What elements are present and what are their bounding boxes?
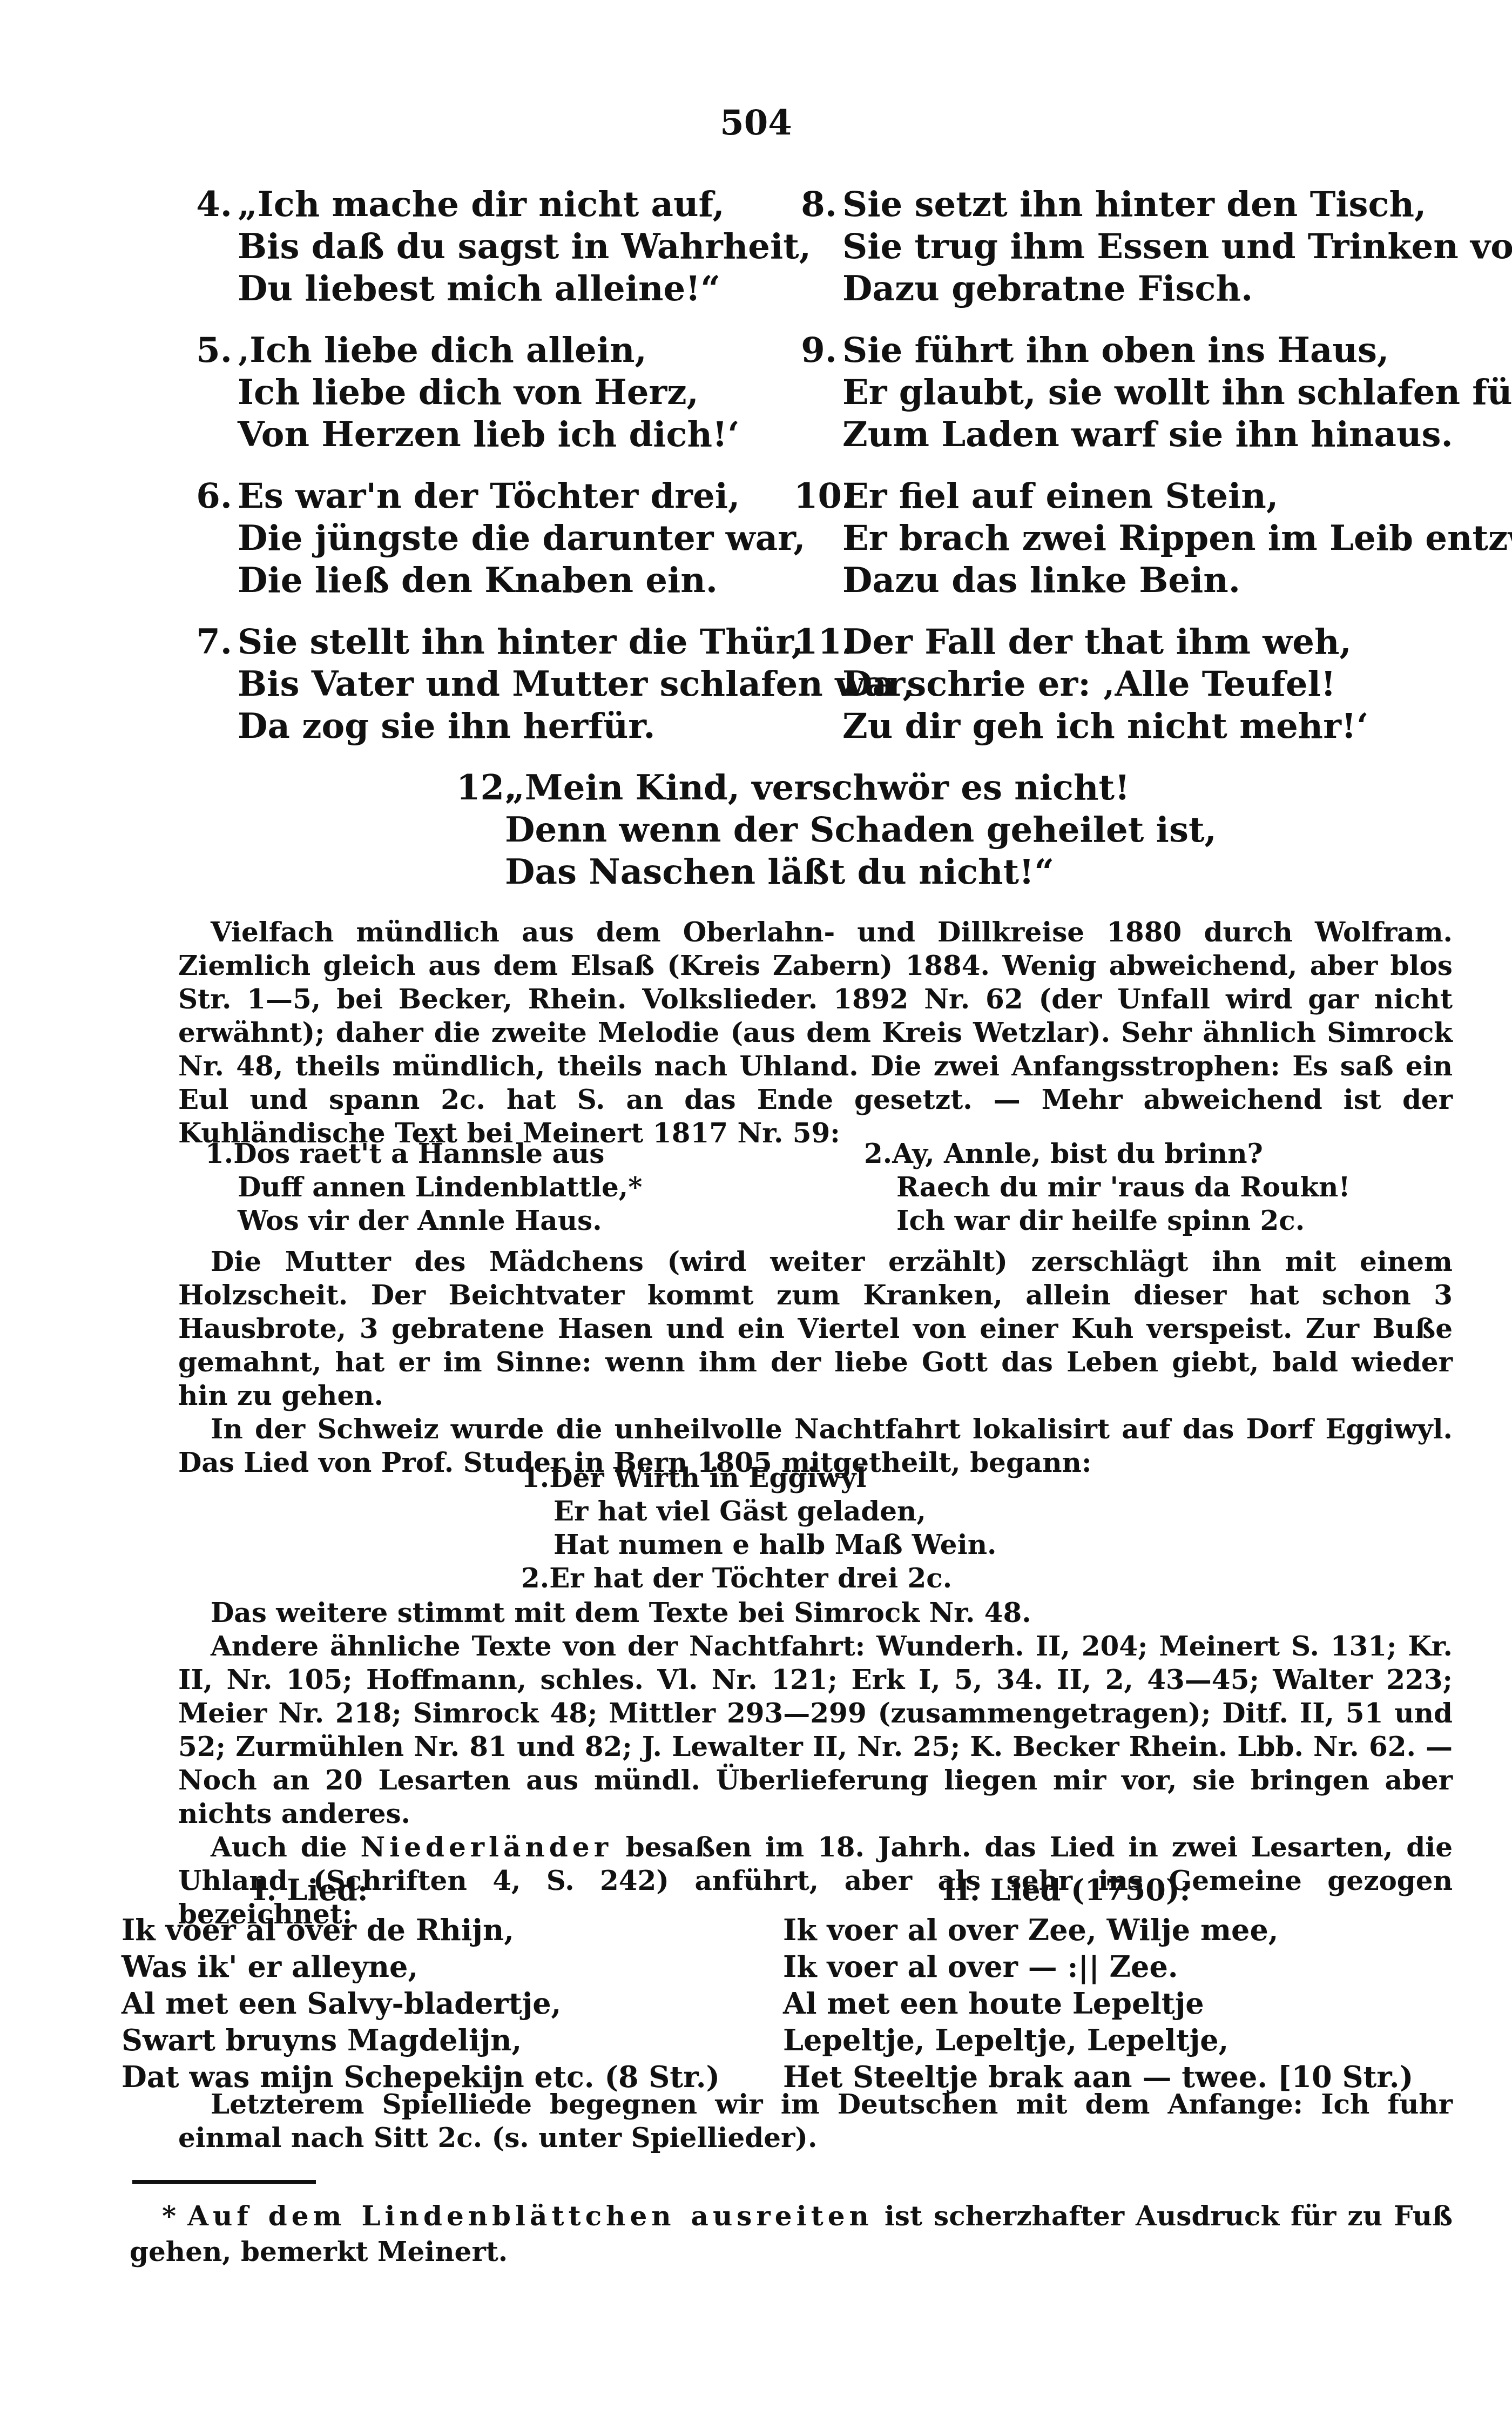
commentary-sources: Vielfach mündlich aus dem Oberlahn- und …: [178, 916, 1453, 1150]
verse-line: Ik voer al over de Rhijn,: [122, 1912, 769, 1948]
verse-line: Er fiel auf einen Stein,: [842, 475, 1512, 517]
dutch-song-1: I. Lied: Ik voer al over de Rhijn, Was i…: [122, 1872, 769, 2095]
verse-line: Hat numen e halb Maß Wein.: [553, 1528, 996, 1562]
verse-line: 2.Er hat der Töchter drei 2c.: [521, 1562, 996, 1595]
footnote-divider: [132, 2180, 316, 2184]
stanza-number: 9.: [794, 329, 837, 372]
stanza-4: 4. „Ich mache dir nicht auf, Bis daß du …: [238, 184, 811, 310]
kuhlaendisch-verse-left: 1.Dos raet't a Hannsle aus Duff annen Li…: [238, 1137, 642, 1237]
verse-line: Sie trug ihm Essen und Trinken vor,: [842, 226, 1512, 268]
verse-line: Von Herzen lieb ich dich!‘: [238, 414, 739, 456]
verse-line: Du liebest mich alleine!“: [238, 268, 811, 310]
verse-line: Die ließ den Knaben ein.: [238, 560, 806, 602]
verse-line: Ik voer al over Zee, Wilje mee,: [783, 1912, 1458, 1948]
verse-line: Swart bruyns Magdelijn,: [122, 2022, 769, 2058]
verse-line: Ik voer al over — :|| Zee.: [783, 1948, 1458, 1985]
verse-line: 1.Der Wirth in Eggiwyl: [521, 1461, 996, 1495]
footnote: * Auf dem Lindenblättchen ausreiten ist …: [130, 2198, 1453, 2270]
verse-line: „Mein Kind, verschwör es nicht!: [505, 767, 1217, 809]
stanza-9: 9. Sie führt ihn oben ins Haus, Er glaub…: [842, 329, 1512, 456]
stanza-number: 7.: [189, 621, 232, 663]
verse-line: Wos vir der Annle Haus.: [238, 1204, 642, 1237]
verse-line: Was ik' er alleyne,: [122, 1948, 769, 1985]
kuhlaendisch-verse-right: 2.Ay, Annle, bist du brinn? Raech du mir…: [896, 1137, 1350, 1237]
verse-line: Sie setzt ihn hinter den Tisch,: [842, 184, 1512, 226]
verse-line: Al met een Salvy-bladertje,: [122, 1985, 769, 2022]
verse-line: Dazu gebratne Fisch.: [842, 268, 1512, 310]
verse-line: Sie führt ihn oben ins Haus,: [842, 329, 1512, 372]
verse-line: Dazu das linke Bein.: [842, 560, 1512, 602]
commentary-story: Die Mutter des Mädchens (wird weiter erz…: [178, 1245, 1453, 1479]
verse-line: Da zog sie ihn herfür.: [238, 705, 915, 748]
verse-line: 1.Dos raet't a Hannsle aus: [205, 1137, 642, 1170]
verse-line: Ich war dir heilfe spinn 2c.: [896, 1204, 1350, 1237]
verse-line: Bis daß du sagst in Wahrheit,: [238, 226, 811, 268]
swiss-verse: 1.Der Wirth in Eggiwyl Er hat viel Gäst …: [553, 1461, 996, 1595]
stanza-number: 10.: [794, 475, 837, 517]
verse-line: Es war'n der Töchter drei,: [238, 475, 806, 517]
stanza-11: 11. Der Fall der that ihm weh, Da schrie…: [842, 621, 1368, 748]
footnote-text: * Auf dem Lindenblättchen ausreiten ist …: [130, 2198, 1453, 2270]
stanza-12: 12. „Mein Kind, verschwör es nicht! Denn…: [505, 767, 1217, 893]
verse-line: ‚Ich liebe dich allein,: [238, 329, 739, 372]
verse-line: Das Naschen läßt du nicht!“: [505, 851, 1217, 893]
verse-line: Zu dir geh ich nicht mehr!‘: [842, 705, 1368, 748]
page-number: 504: [0, 103, 1512, 143]
stanza-6: 6. Es war'n der Töchter drei, Die jüngst…: [238, 475, 806, 602]
verse-line: Duff annen Lindenblattle,*: [238, 1170, 642, 1204]
verse-line: Denn wenn der Schaden geheilet ist,: [505, 809, 1217, 851]
stanza-10: 10. Er fiel auf einen Stein, Er brach zw…: [842, 475, 1512, 602]
stanza-number: 6.: [189, 475, 232, 517]
verse-line: Zum Laden warf sie ihn hinaus.: [842, 414, 1512, 456]
verse-line: Er brach zwei Rippen im Leib entzwei: [842, 517, 1512, 560]
stanza-number: 8.: [794, 184, 837, 226]
paragraph: Das weitere stimmt mit dem Texte bei Sim…: [178, 1596, 1453, 1630]
paragraph: Letzterem Spielliede begegnen wir im Deu…: [178, 2088, 1453, 2155]
stanza-number: 11.: [794, 621, 837, 663]
verse-line: Lepeltje, Lepeltje, Lepeltje,: [783, 2022, 1458, 2058]
paragraph: Andere ähnliche Texte von der Nachtfahrt…: [178, 1630, 1453, 1831]
dutch-song-2: II. Lied (1750): Ik voer al over Zee, Wi…: [783, 1872, 1458, 2095]
stanza-number: 5.: [189, 329, 232, 372]
verse-line: Al met een houte Lepeltje: [783, 1985, 1458, 2022]
verse-line: Ich liebe dich von Herz,: [238, 372, 739, 414]
verse-line: „Ich mache dir nicht auf,: [238, 184, 811, 226]
song-heading: II. Lied (1750):: [783, 1872, 1350, 1908]
verse-line: 2.Ay, Annle, bist du brinn?: [864, 1137, 1350, 1170]
verse-line: Bis Vater und Mutter schlafen war,: [238, 663, 915, 705]
paragraph: Vielfach mündlich aus dem Oberlahn- und …: [178, 916, 1453, 1150]
commentary-closing: Letzterem Spielliede begegnen wir im Deu…: [178, 2088, 1453, 2155]
stanza-5: 5. ‚Ich liebe dich allein, Ich liebe dic…: [238, 329, 739, 456]
verse-line: Die jüngste die darunter war,: [238, 517, 806, 560]
paragraph: Die Mutter des Mädchens (wird weiter erz…: [178, 1245, 1453, 1412]
stanza-number: 4.: [189, 184, 232, 226]
song-heading: I. Lied:: [122, 1872, 500, 1908]
stanza-number: 12.: [456, 767, 500, 809]
verse-line: Er glaubt, sie wollt ihn schlafen führ'n…: [842, 372, 1512, 414]
verse-line: Der Fall der that ihm weh,: [842, 621, 1368, 663]
verse-line: Er hat viel Gäst geladen,: [553, 1495, 996, 1528]
verse-line: Da schrie er: ‚Alle Teufel!: [842, 663, 1368, 705]
stanza-8: 8. Sie setzt ihn hinter den Tisch, Sie t…: [842, 184, 1512, 310]
verse-line: Raech du mir 'raus da Roukn!: [896, 1170, 1350, 1204]
